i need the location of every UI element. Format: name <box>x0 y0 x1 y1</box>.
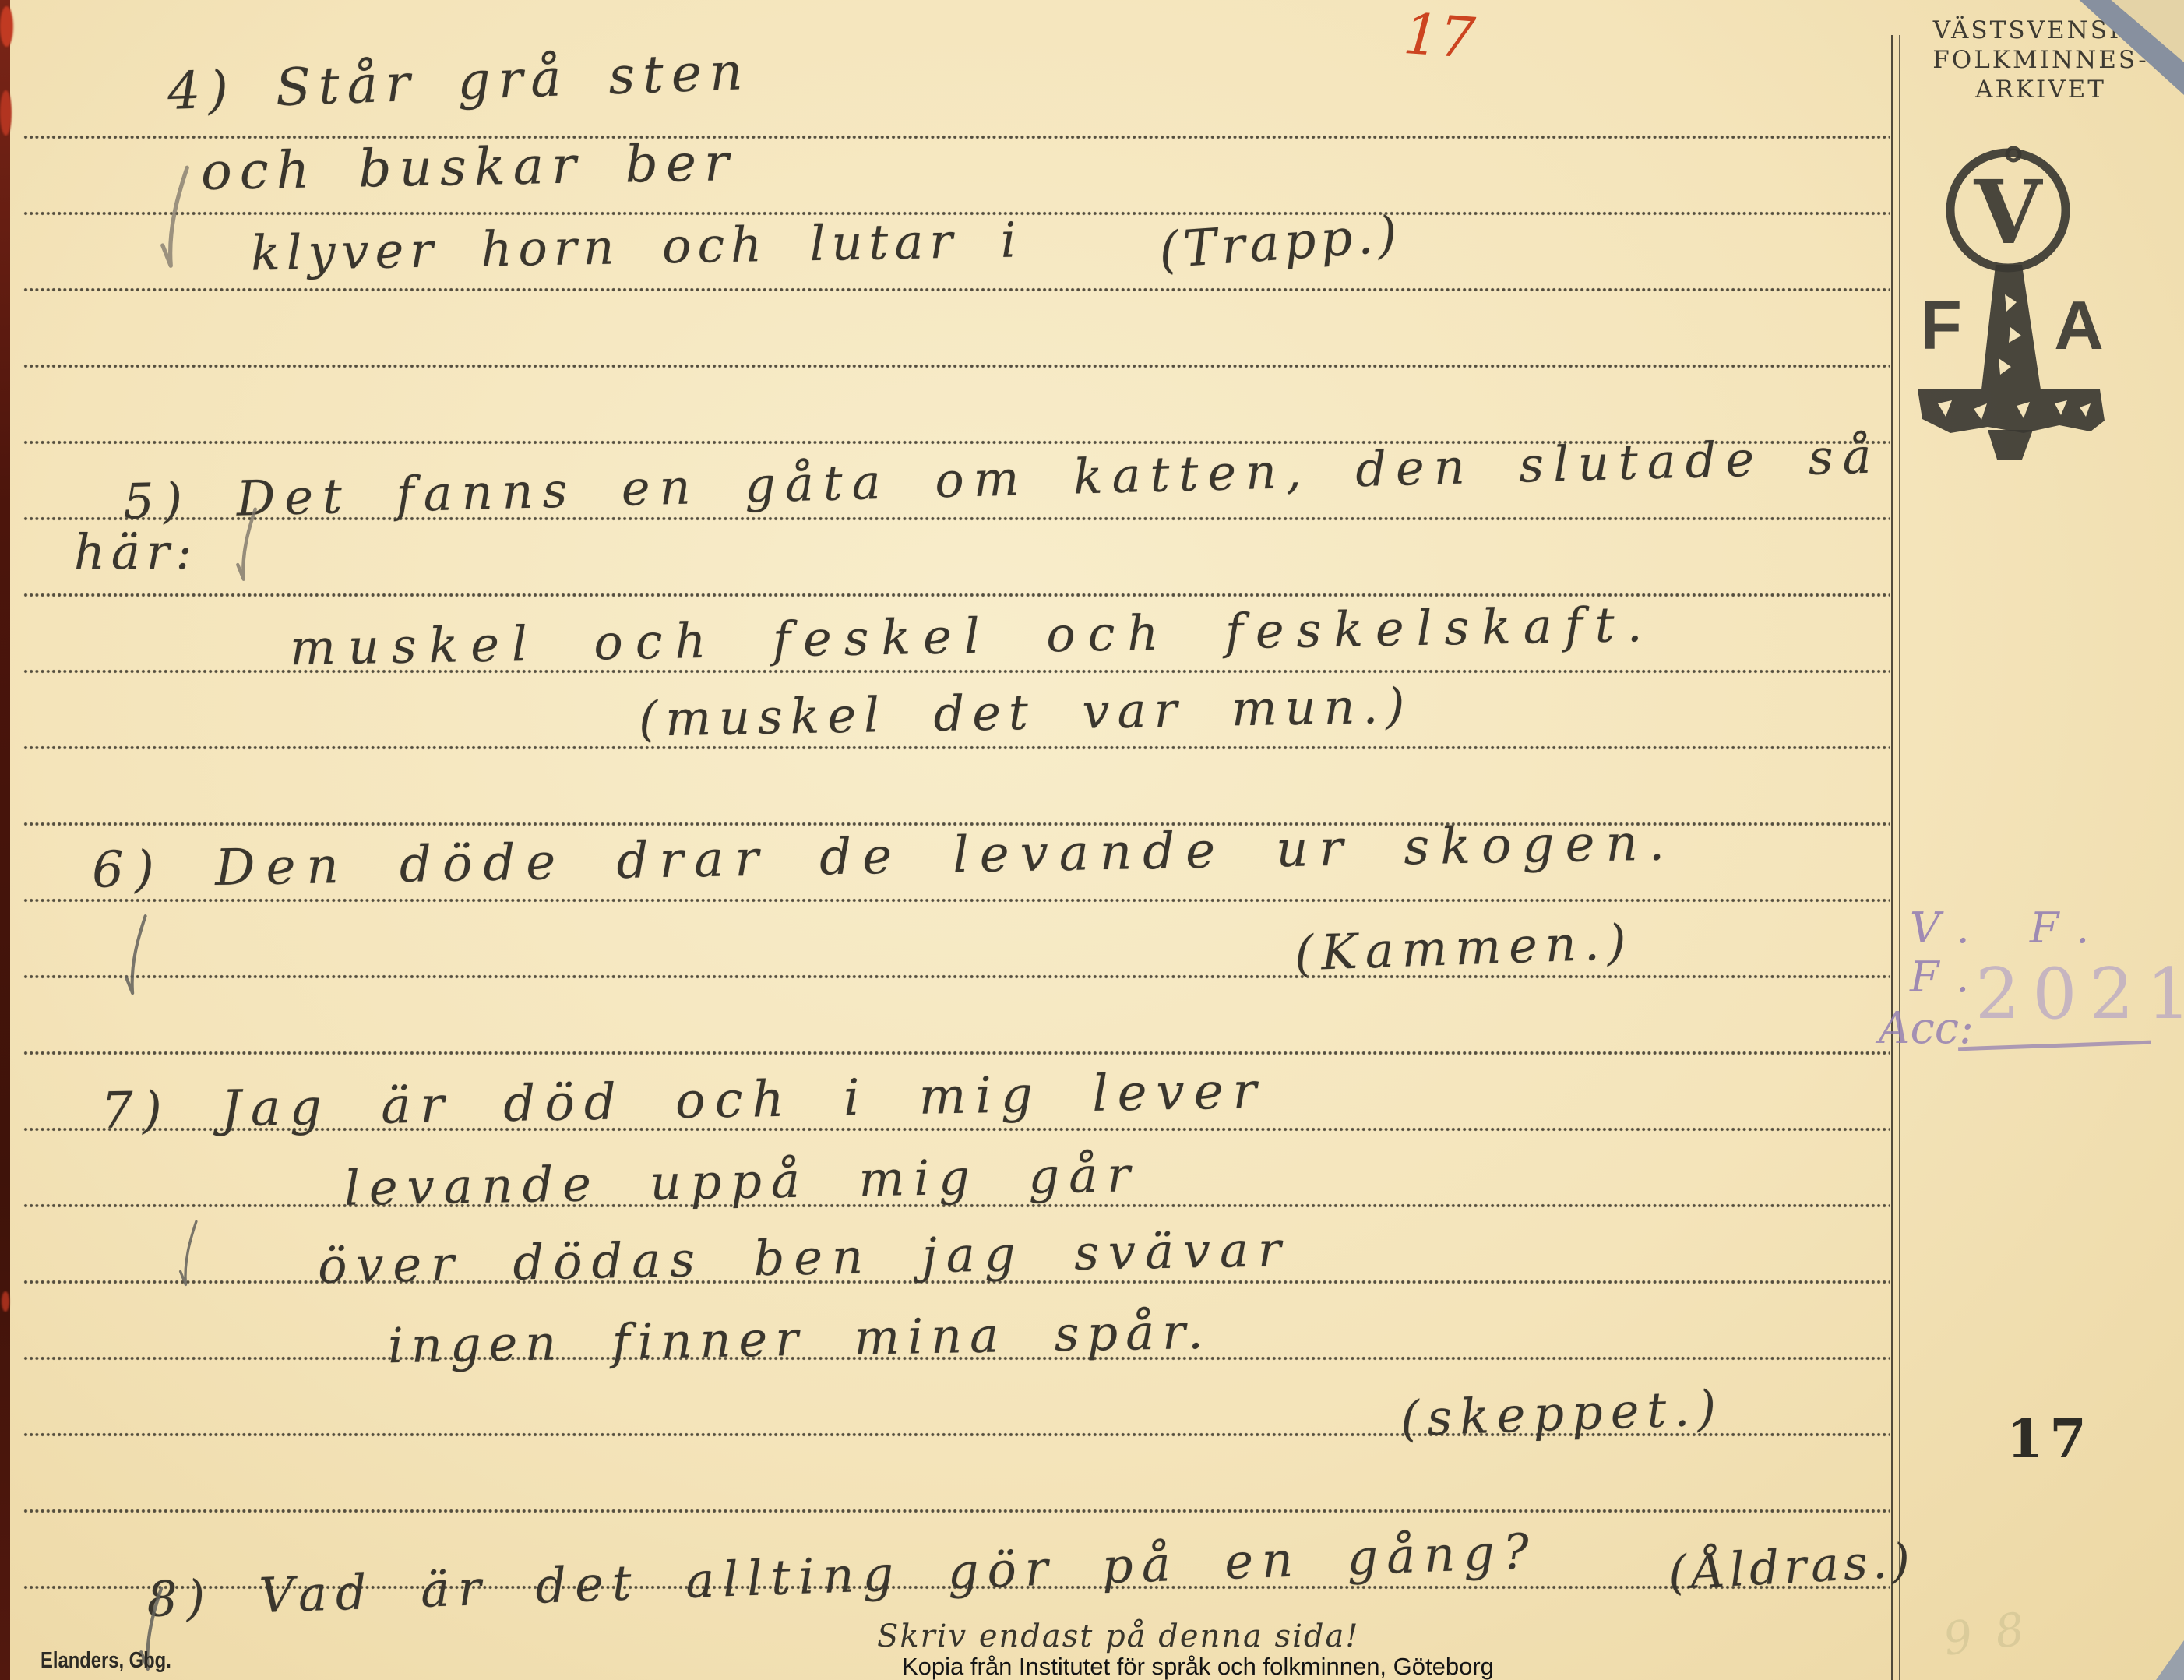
manuscript-answer: (muskel det var mun.) <box>639 682 1413 743</box>
archive-name-line3: ARKIVET <box>1900 75 2181 104</box>
pencil-check-mark <box>173 1219 207 1289</box>
accession-stamp-underline <box>1958 1041 2151 1051</box>
manuscript-answer: (Kammen.) <box>1294 917 1634 977</box>
accession-stamp-number: 2021 <box>1975 953 2184 1035</box>
logo-letter-f: F <box>1920 287 1962 364</box>
manuscript-answer: (Åldras.) <box>1668 1537 1916 1597</box>
logo-letter-v: V <box>1974 162 2044 264</box>
pencil-check-mark <box>154 164 201 273</box>
manuscript-line: och buskar ber <box>200 137 737 198</box>
printed-page-number: 17 <box>2006 1408 2093 1470</box>
printer-mark: Elanders, Gbg. <box>41 1648 171 1674</box>
manuscript-line: ingen finner mina spår. <box>388 1308 1212 1370</box>
manuscript-answer: (skeppet.) <box>1400 1384 1724 1443</box>
scan-edge-strip <box>0 0 10 1680</box>
thors-hammer-logo-icon: V F A <box>1907 146 2112 464</box>
print-instruction: Skriv endast på denna sida! <box>877 1618 1359 1654</box>
logo-letter-a: A <box>2054 287 2104 364</box>
scan-corner-background <box>2156 1640 2184 1680</box>
red-edge-mark <box>0 90 12 136</box>
copy-attribution: Kopia från Institutet för språk och folk… <box>902 1653 1494 1680</box>
manuscript-page: VÄSTSVENSKA FOLKMINNES- ARKIVET V F A 17 <box>0 0 2184 1680</box>
pencil-check-mark <box>231 506 266 584</box>
handwritten-folio-number: 17 <box>1401 1 1477 71</box>
red-edge-mark <box>2 1291 9 1312</box>
manuscript-line: levande uppå mig går <box>344 1150 1140 1213</box>
manuscript-line: 4) Står grå sten <box>167 46 751 118</box>
manuscript-line: här: <box>74 528 198 576</box>
faint-pencil-scribble: 98 <box>1940 1599 2051 1666</box>
pencil-check-mark <box>118 913 157 998</box>
manuscript-line: klyver horn och lutar i <box>251 216 1023 277</box>
red-edge-mark <box>0 6 13 47</box>
margin-divider-rule <box>1891 35 1900 1680</box>
